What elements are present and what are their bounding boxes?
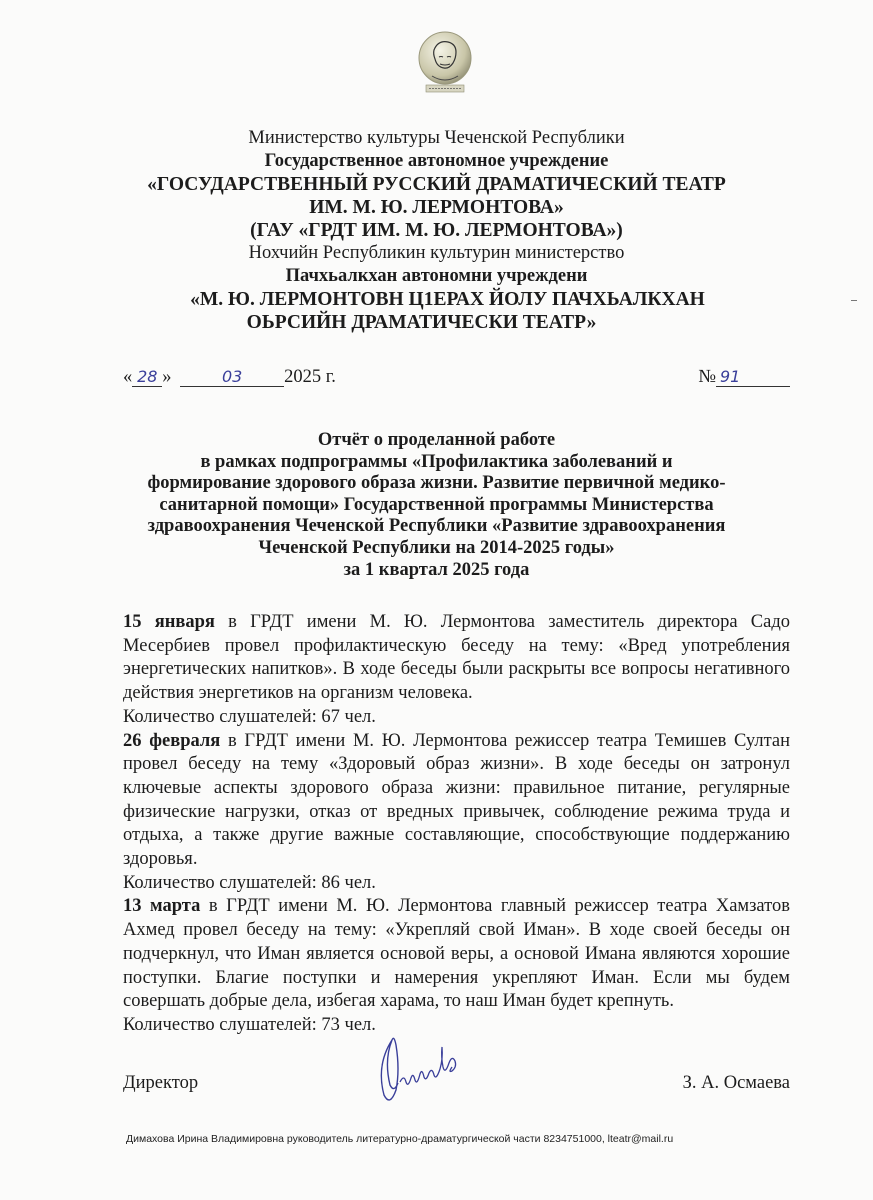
number-value: 91 [716,367,790,387]
entry-paragraph: 13 марта в ГРДТ имени М. Ю. Лермонтова г… [123,895,790,1014]
title-line: за 1 квартал 2025 года [0,560,873,582]
entry-paragraph: 26 февраля в ГРДТ имени М. Ю. Лермонтова… [123,730,790,872]
entry-text: в ГРДТ имени М. Ю. Лермонтова заместител… [123,612,790,703]
theatre-name-ce-line1: «М. Ю. ЛЕРМОНТОВН Ц1ЕРАХ ЙОЛУ ПАЧХЬАЛКХА… [0,288,873,311]
entry-date: 15 января [123,612,215,632]
document-date: «28» 032025 г. [123,367,336,388]
close-quote: » [162,367,171,387]
theatre-name-ce-line2: ОЬРСИЙН ДРАМАТИЧЕСКИ ТЕАТР» [0,311,873,334]
title-line: здравоохранения Чеченской Республики «Ра… [0,516,873,538]
title-line: санитарной помощи» Государственной прогр… [0,495,873,517]
theatre-name-line1: «ГОСУДАРСТВЕННЫЙ РУССКИЙ ДРАМАТИЧЕСКИЙ Т… [0,173,873,196]
report-body: 15 января в ГРДТ имени М. Ю. Лермонтова … [123,611,790,1038]
number-label: № [698,367,716,387]
theatre-abbr: (ГАУ «ГРДТ ИМ. М. Ю. ЛЕРМОНТОВА») [0,219,873,242]
lermontov-portrait-emblem-icon [418,28,472,96]
entry-listeners: Количество слушателей: 86 чел. [123,872,790,896]
date-number-row: «28» 032025 г. №91 [123,367,790,391]
letterhead: Министерство культуры Чеченской Республи… [0,127,873,334]
date-year: 2025 г. [284,367,336,387]
ministry-ce: Нохчийн Республикин культурин министерст… [0,242,873,265]
ministry-ru: Министерство культуры Чеченской Республи… [0,127,873,150]
entry-date: 13 марта [123,896,200,916]
open-quote: « [123,367,132,387]
title-line: формирование здорового образа жизни. Раз… [0,473,873,495]
signer-position: Директор [123,1073,198,1094]
entry-paragraph: 15 января в ГРДТ имени М. Ю. Лермонтова … [123,611,790,706]
handwritten-signature-icon [370,1030,510,1110]
entry-listeners: Количество слушателей: 67 чел. [123,706,790,730]
entry-text: в ГРДТ имени М. Ю. Лермонтова главный ре… [123,896,790,1011]
date-day: 28 [132,367,162,387]
institution-type-ce: Пачхьалкхан автономни учреждени [0,265,873,288]
title-line: Чеченской Республики на 2014-2025 годы» [0,538,873,560]
report-title: Отчёт о проделанной работе в рамках подп… [0,430,873,581]
institution-type-ru: Государственное автономное учреждение [0,150,873,173]
entry-text: в ГРДТ имени М. Ю. Лермонтова режиссер т… [123,731,790,870]
signer-name: З. А. Осмаева [683,1073,790,1094]
theatre-name-line2: ИМ. М. Ю. ЛЕРМОНТОВА» [0,196,873,219]
document-number: №91 [698,367,790,388]
title-line: в рамках подпрограммы «Профилактика забо… [0,452,873,474]
title-line: Отчёт о проделанной работе [0,430,873,452]
entry-date: 26 февраля [123,731,220,751]
date-month: 03 [180,367,284,387]
contact-footer: Димахова Ирина Владимировна руководитель… [126,1133,673,1145]
